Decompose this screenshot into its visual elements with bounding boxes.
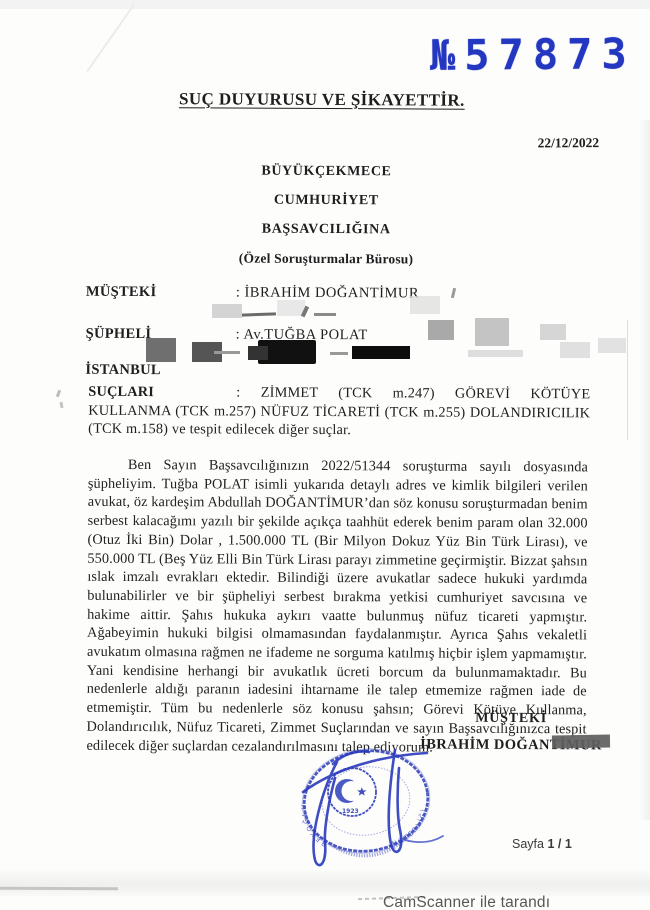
text-remnant [314, 313, 336, 316]
redaction-box [410, 296, 440, 314]
field-complainant: MÜŞTEKİ: İBRAHİM DOĞANTİMUR [86, 284, 591, 304]
page-number-label: Sayfa [512, 837, 544, 851]
scan-artifact [0, 887, 118, 891]
page-number: Sayfa 1 / 1 [512, 837, 572, 851]
signature-role: MÜŞTEKİ [404, 710, 619, 727]
addressee-line: BÜYÜKÇEKMECE [1, 162, 650, 181]
text-remnant [214, 351, 240, 354]
field-label: İSTANBUL [85, 362, 235, 380]
redaction-box [598, 338, 626, 353]
field-label: MÜŞTEKİ [86, 284, 236, 302]
field-label: SUÇLARI [88, 383, 236, 402]
redaction-box [428, 320, 454, 340]
stamp-year: 1923 [342, 808, 359, 815]
page-bottom-shadow [0, 868, 650, 896]
document-date: 22/12/2022 [538, 135, 600, 151]
camscanner-watermark: CamScanner ile tarandı [383, 894, 550, 910]
page-number-value: 1 / 1 [547, 837, 571, 851]
redaction-box [540, 324, 566, 340]
redaction-box [146, 338, 176, 362]
addressee-block: BÜYÜKÇEKMECE CUMHURİYET BAŞSAVCILIĞINA (… [1, 162, 650, 281]
addressee-line: BAŞSAVCILIĞINA [1, 220, 650, 239]
document-title: SUÇ DUYURUSU VE ŞİKAYETTİR. [2, 88, 642, 111]
text-remnant [330, 352, 348, 355]
addressee-bureau-line: (Özel Soruşturmalar Bürosu) [1, 249, 650, 268]
redaction-box [352, 346, 410, 359]
redaction-box [552, 734, 610, 748]
field-value: : İBRAHİM DOĞANTİMUR [236, 285, 419, 302]
redaction-box [212, 304, 242, 318]
addressee-line: CUMHURİYET [1, 191, 650, 210]
field-crimes: SUÇLARI: ZİMMET (TCK m.247) GÖREVİ KÖTÜY… [88, 383, 590, 441]
field-city: İSTANBUL [85, 362, 590, 382]
redaction-box [468, 350, 523, 357]
redaction-box [560, 342, 590, 358]
scanned-document-page: №57873 SUÇ DUYURUSU VE ŞİKAYETTİR. 22/12… [0, 0, 650, 910]
redaction-box [248, 346, 268, 360]
redaction-box [475, 318, 509, 346]
stamp-emblem: 1923 [328, 768, 376, 816]
